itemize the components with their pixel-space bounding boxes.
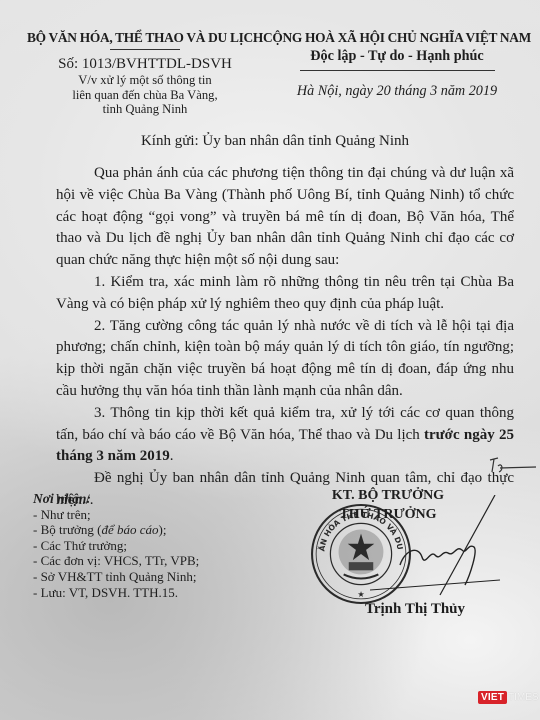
request-item-3: 3. Thông tin kịp thời kết quả kiểm tra, … [56,403,514,468]
viettimes-watermark: VIET TIMES [478,690,539,704]
recipient: - Lưu: VT, DSVH. TTH.15. [33,585,199,601]
recipient: - Bộ trưởng (để báo cáo); [33,522,199,538]
recipients-title: Nơi nhận: [33,491,199,507]
divider [300,70,495,71]
recipient: - Sở VH&TT tỉnh Quảng Ninh; [33,569,199,585]
request-item-2: 2. Tăng cường công tác quản lý nhà nước … [56,316,514,403]
signature-title-line2: THỨ TRƯỞNG [318,505,458,524]
ministry-name: BỘ VĂN HÓA, THỂ THAO VÀ DU LỊCH [20,30,270,46]
national-motto: Độc lập - Tự do - Hạnh phúc [262,48,532,65]
recipient: - Các đơn vị: VHCS, TTr, VPB; [33,553,199,569]
signature-title-line1: KT. BỘ TRƯỞNG [318,486,458,505]
subject-line: liên quan đến chùa Ba Vàng, [20,88,270,103]
watermark-times: TIMES [508,692,539,703]
subject-line: tỉnh Quảng Ninh [20,102,270,117]
signature-title: KT. BỘ TRƯỞNG THỨ TRƯỞNG [318,486,458,524]
request-item-1: 1. Kiểm tra, xác minh làm rõ những thông… [56,272,514,316]
recipient: - Các Thứ trưởng; [33,538,199,554]
signer-name: Trịnh Thị Thủy [360,601,470,618]
watermark-viet: VIET [478,691,507,704]
divider [110,49,180,50]
document-number: Số: 1013/BVHTTDL-DSVH [20,56,270,73]
item3-end: . [170,448,174,464]
subject-line: V/v xử lý một số thông tin [20,73,270,88]
document-subject: V/v xử lý một số thông tin liên quan đến… [20,73,270,117]
svg-text:★: ★ [357,589,364,599]
national-header: CỘNG HOÀ XÃ HỘI CHỦ NGHĨA VIỆT NAM Độc l… [262,30,532,100]
recipient: - Như trên; [33,507,199,523]
issuer-header: BỘ VĂN HÓA, THỂ THAO VÀ DU LỊCH Số: 1013… [20,30,270,117]
initials-mark [488,454,538,478]
letter-body: Qua phản ánh của các phương tiện thông t… [56,163,514,512]
recipients-list: Nơi nhận: - Như trên; - Bộ trưởng (để bá… [33,491,199,600]
place-date: Hà Nội, ngày 20 tháng 3 năm 2019 [262,83,532,100]
salutation: Kính gửi: Ủy ban nhân dân tỉnh Quảng Nin… [40,133,510,150]
nation-name: CỘNG HOÀ XÃ HỘI CHỦ NGHĨA VIỆT NAM [262,30,532,46]
document-page: BỘ VĂN HÓA, THỂ THAO VÀ DU LỊCH Số: 1013… [0,0,540,720]
intro-paragraph: Qua phản ánh của các phương tiện thông t… [56,163,514,272]
